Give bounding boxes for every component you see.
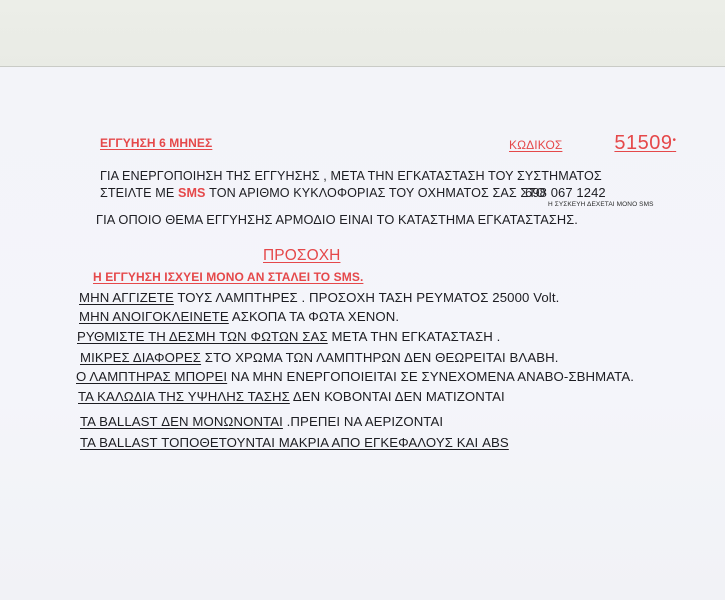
rule-line: ΜΙΚΡΕΣ ΔΙΑΦΟΡΕΣ ΣΤΟ ΧΡΩΜΑ ΤΩΝ ΛΑΜΠΤΗΡΩΝ … [80,350,559,365]
phone-note: Η ΣΥΣΚΕΥΗ ΔΕΧΕΤΑΙ ΜΟΝΟ SMS [548,201,654,208]
code-label: ΚΩΔΙΚΟΣ [509,138,562,152]
sms-highlight: SMS [178,186,206,200]
code-value: 51509 [614,132,672,154]
rule-line: Ο ΛΑΜΠΤΗΡΑΣ ΜΠΟΡΕΙ ΝΑ ΜΗΝ ΕΝΕΡΓΟΠΟΙΕΙΤΑΙ… [76,369,634,384]
activation-line-1: ΓΙΑ ΕΝΕΡΓΟΠΟΙΗΣΗ ΤΗΣ ΕΓΓΥΗΣΗΣ , ΜΕΤΑ ΤΗΝ… [100,169,602,183]
activation-line-2: ΣΤΕΙΛΤΕ ΜΕ SMS ΤΟΝ ΑΡΙΘΜΟ ΚΥΚΛΟΦΟΡΙΑΣ ΤΟ… [100,186,546,200]
rule-text: ΔΕΝ ΚΟΒΟΝΤΑΙ ΔΕΝ ΜΑΤΙΖΟΝΤΑΙ [290,389,505,404]
warning-subtitle: Η ΕΓΓΥΗΣΗ ΙΣΧΥΕΙ ΜΟΝΟ ΑΝ ΣΤΑΛΕΙ ΤΟ SMS. [93,270,363,284]
code-mark: • [673,135,677,146]
rule-line: ΤΑ BALLAST ΤΟΠΟΘΕΤΟΥΝΤΑΙ ΜΑΚΡΙΑ ΑΠΟ ΕΓΚΕ… [80,435,509,450]
rule-emphasis: Ο ΛΑΜΠΤΗΡΑΣ ΜΠΟΡΕΙ [76,369,227,384]
rule-emphasis: ΜΗΝ ΑΝΟΙΓΟΚΛΕΙΝΕΤΕ [79,309,229,324]
sms-phone-number: 698 067 1242 [525,185,606,200]
rule-text: .ΠΡΕΠΕΙ ΝΑ ΑΕΡΙΖΟΝΤΑΙ [283,414,443,429]
rule-text: ΜΕΤΑ ΤΗΝ ΕΓΚΑΤΑΣΤΑΣΗ . [328,329,501,344]
rule-emphasis: ΤΑ BALLAST ΤΟΠΟΘΕΤΟΥΝΤΑΙ ΜΑΚΡΙΑ ΑΠΟ ΕΓΚΕ… [80,435,509,450]
rule-emphasis: ΡΥΘΜΙΣΤΕ ΤΗ ΔΕΣΜΗ ΤΩΝ ΦΩΤΩΝ ΣΑΣ [77,329,328,344]
rule-text: ΝΑ ΜΗΝ ΕΝΕΡΓΟΠΟΙΕΙΤΑΙ ΣΕ ΣΥΝΕΧΟΜΕΝΑ ΑΝΑΒ… [227,369,634,384]
warranty-period-heading: ΕΓΓΥΗΣΗ 6 ΜΗΝΕΣ [100,136,212,150]
activation-line-2-suffix: ΤΟΝ ΑΡΙΘΜΟ ΚΥΚΛΟΦΟΡΙΑΣ ΤΟΥ ΟΧΗΜΑΤΟΣ ΣΑΣ … [209,186,546,200]
wall-background [0,0,725,66]
rule-line: ΤΑ BALLAST ΔΕΝ ΜΟΝΩΝΟΝΤΑΙ .ΠΡΕΠΕΙ ΝΑ ΑΕΡ… [80,414,443,429]
activation-line-2-prefix: ΣΤΕΙΛΤΕ ΜΕ [100,186,174,200]
rule-line: ΜΗΝ ΑΓΓΙΖΕΤΕ ΤΟΥΣ ΛΑΜΠΤΗΡΕΣ . ΠΡΟΣΟΧΗ ΤΑ… [79,290,559,305]
activation-line-3: ΓΙΑ ΟΠΟΙΟ ΘΕΜΑ ΕΓΓΥΗΣΗΣ ΑΡΜΟΔΙΟ ΕΙΝΑΙ ΤΟ… [96,212,578,227]
product-code: ΚΩΔΙΚΟΣ51509• [509,132,676,155]
rule-line: ΤΑ ΚΑΛΩΔΙΑ ΤΗΣ ΥΨΗΛΗΣ ΤΑΣΗΣ ΔΕΝ ΚΟΒΟΝΤΑΙ… [78,389,505,404]
rule-emphasis: ΤΑ BALLAST ΔΕΝ ΜΟΝΩΝΟΝΤΑΙ [80,414,283,429]
rule-text: ΣΤΟ ΧΡΩΜΑ ΤΩΝ ΛΑΜΠΤΗΡΩΝ ΔΕΝ ΘΕΩΡΕΙΤΑΙ ΒΛ… [201,350,558,365]
rule-emphasis: ΜΗΝ ΑΓΓΙΖΕΤΕ [79,290,174,305]
rule-text: ΤΟΥΣ ΛΑΜΠΤΗΡΕΣ . ΠΡΟΣΟΧΗ ΤΑΣΗ ΡΕΥΜΑΤΟΣ 2… [174,290,560,305]
rule-emphasis: ΤΑ ΚΑΛΩΔΙΑ ΤΗΣ ΥΨΗΛΗΣ ΤΑΣΗΣ [78,389,290,404]
warning-title: ΠΡΟΣΟΧΗ [263,247,340,265]
rule-line: ΜΗΝ ΑΝΟΙΓΟΚΛΕΙΝΕΤΕ ΑΣΚΟΠΑ ΤΑ ΦΩΤΑ XENON. [79,309,399,324]
rule-emphasis: ΜΙΚΡΕΣ ΔΙΑΦΟΡΕΣ [80,350,201,365]
rule-text: ΑΣΚΟΠΑ ΤΑ ΦΩΤΑ XENON. [229,309,399,324]
rule-line: ΡΥΘΜΙΣΤΕ ΤΗ ΔΕΣΜΗ ΤΩΝ ΦΩΤΩΝ ΣΑΣ ΜΕΤΑ ΤΗΝ… [77,329,500,344]
